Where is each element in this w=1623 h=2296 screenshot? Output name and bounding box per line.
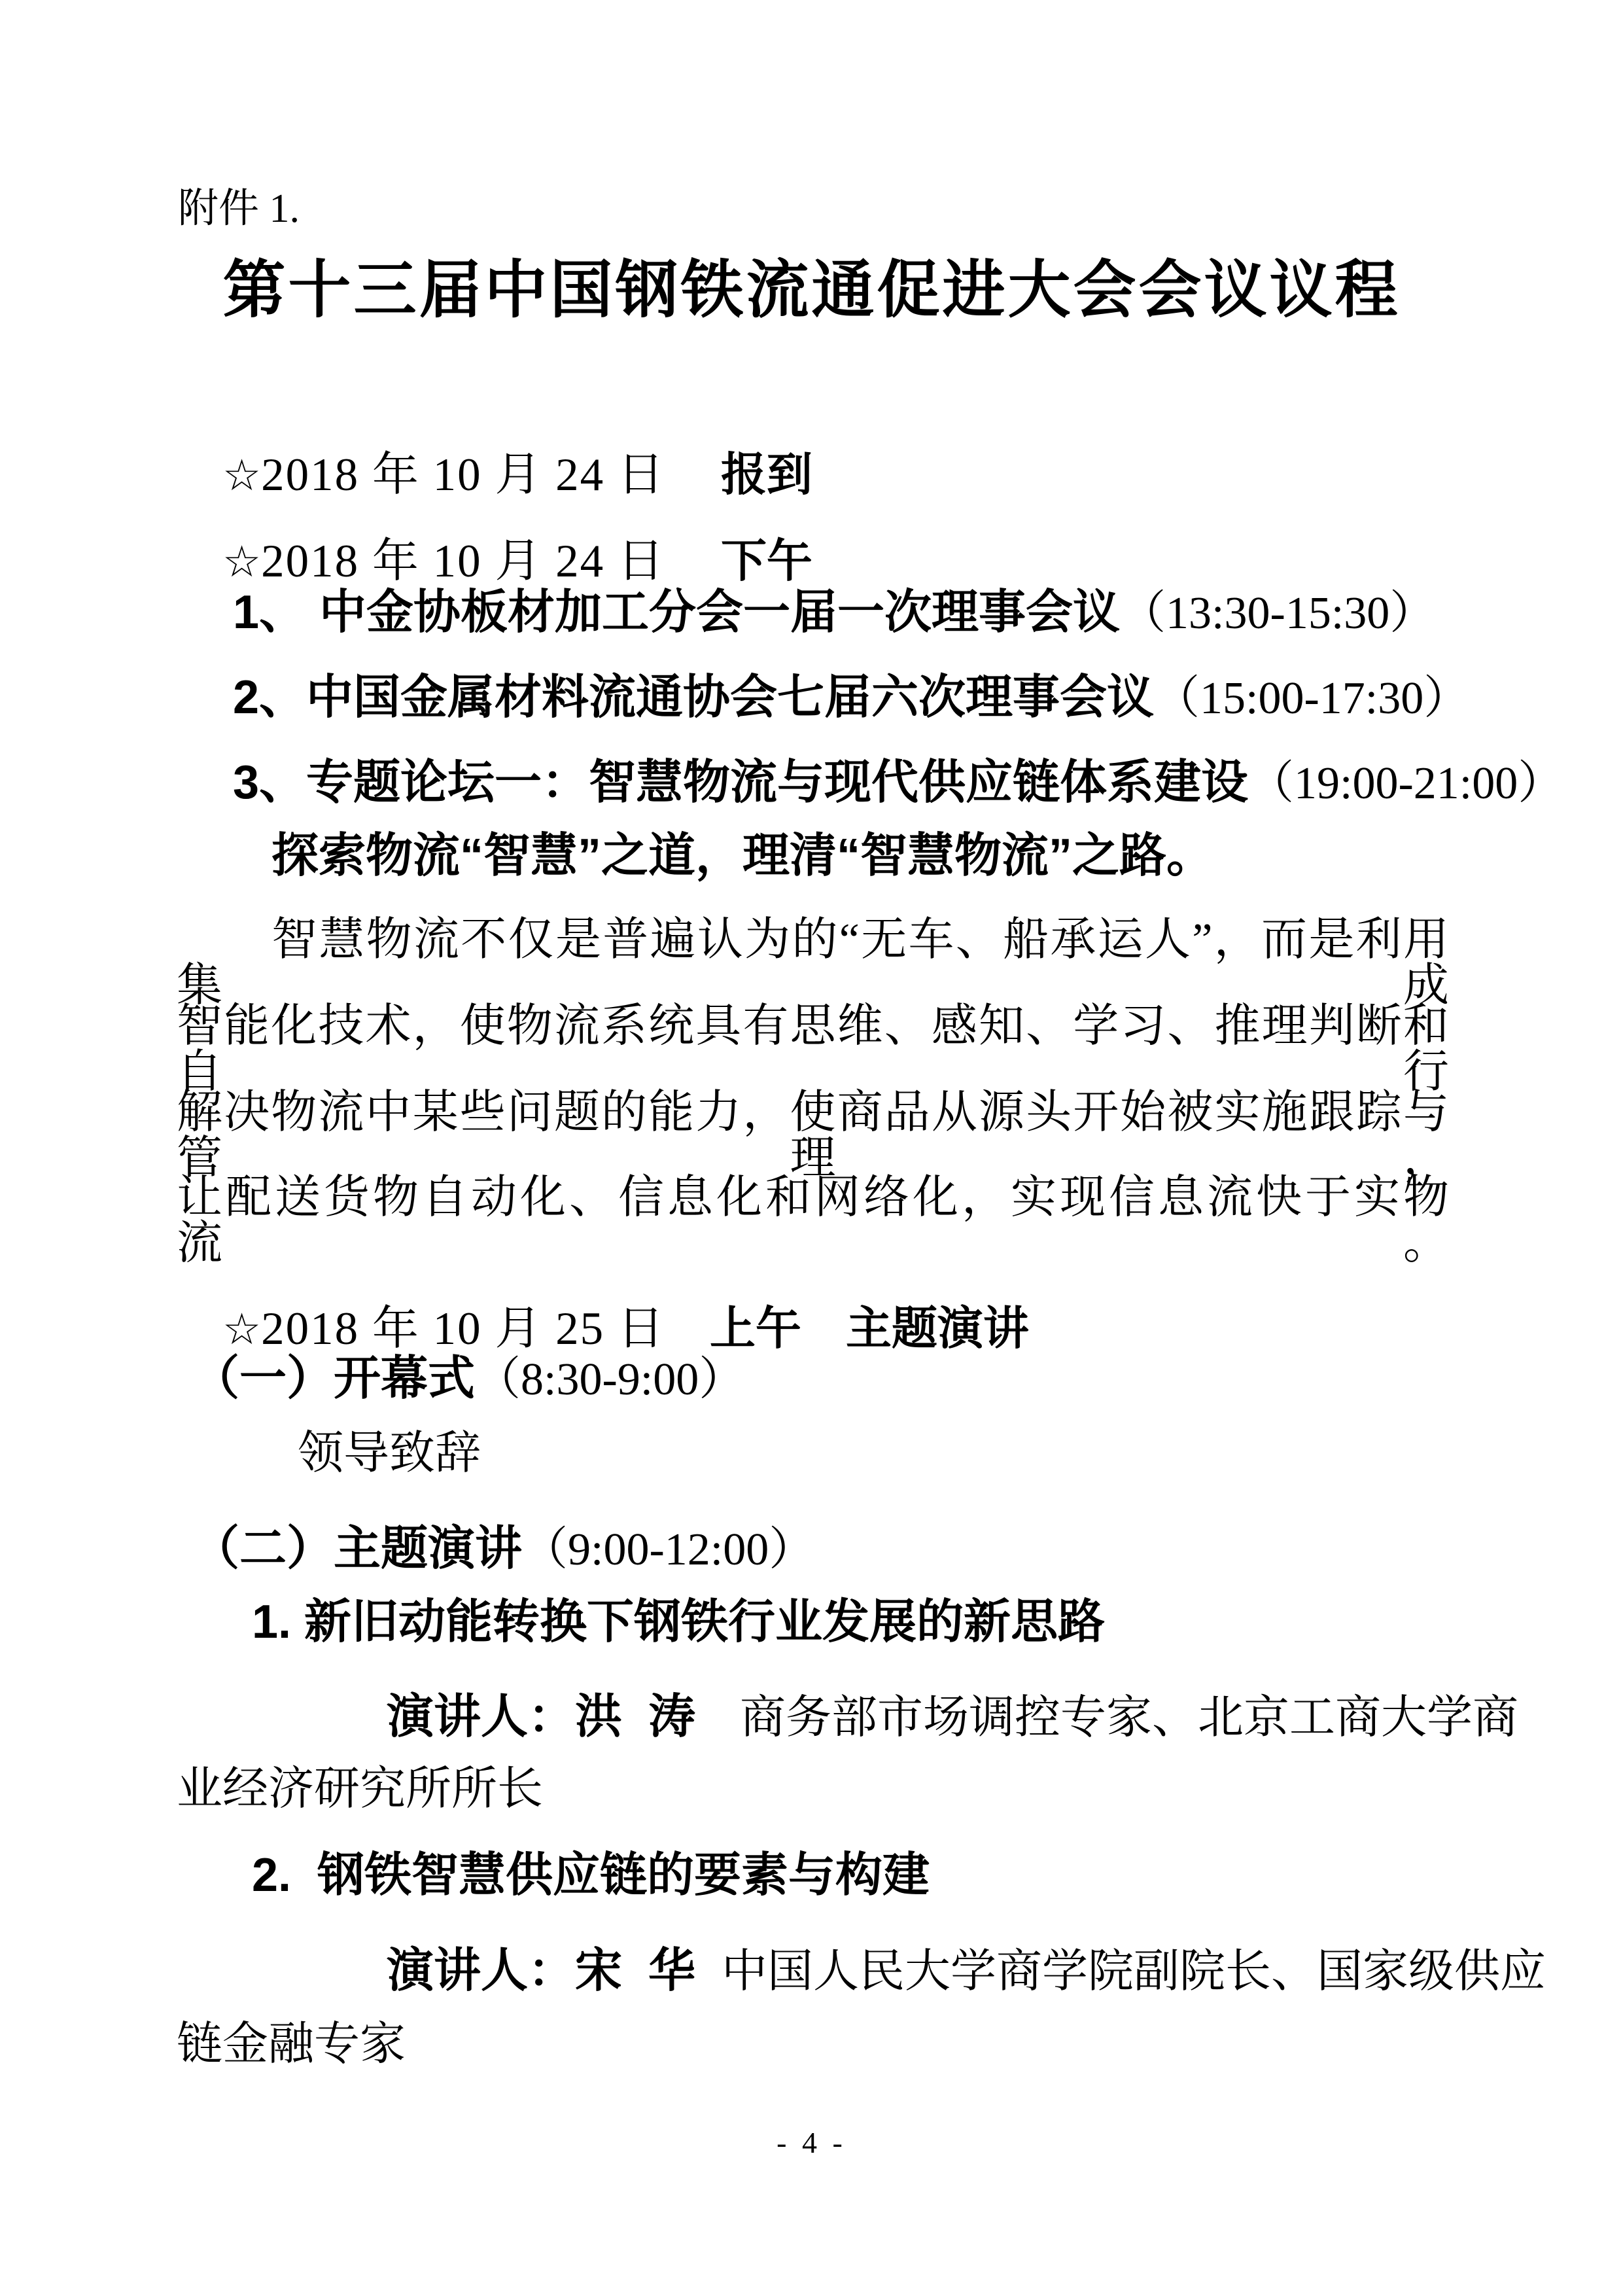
talk2-speaker-line: 演讲人：宋 华中国人民大学商学院副院长、国家级供应 bbox=[376, 1937, 1546, 2005]
speaker-label: 演讲人：洪 涛 bbox=[387, 1691, 695, 1743]
agenda-item-time: （15:00-17:30） bbox=[1154, 673, 1469, 724]
speaker-label: 演讲人：宋 华 bbox=[387, 1945, 695, 1997]
talk1-speaker-line2: 业经济研究所所长 bbox=[177, 1767, 543, 1812]
section-title: （二）主题演讲 bbox=[192, 1523, 522, 1575]
agenda-item-time: （19:00-21:00） bbox=[1248, 758, 1563, 809]
agenda-item-title: 2、中国金属材料流通协会七届六次理事会议 bbox=[233, 671, 1154, 724]
talk2-speaker-line2: 链金融专家 bbox=[177, 2022, 406, 2068]
intro-paragraph-line: 智慧物流不仅是普遍认为的“无车、船承运人”，而是利用集成 bbox=[177, 917, 1449, 1009]
agenda-item-title: 1、 中金协板材加工分会一届一次理事会议 bbox=[233, 586, 1120, 639]
agenda-item-1: 1、 中金协板材加工分会一届一次理事会议（13:30-15:30） bbox=[222, 578, 1435, 647]
document-page: 附件 1. 第十三届中国钢铁流通促进大会会议议程 ☆2018 年 10 月 24… bbox=[0, 0, 1623, 2296]
section-time: （8:30-9:00） bbox=[475, 1354, 744, 1405]
keynote-session-heading: （二）主题演讲（9:00-12:00） bbox=[182, 1515, 814, 1583]
agenda-item-time: （13:30-15:30） bbox=[1120, 588, 1435, 639]
speaker-description: 商务部市场调控专家、北京工商大学商 bbox=[740, 1693, 1518, 1743]
talk1-title: 1. 新旧动能转换下钢铁行业发展的新思路 bbox=[252, 1598, 1105, 1646]
agenda-label: 主题演讲 bbox=[846, 1303, 1029, 1354]
attachment-label: 附件 1. bbox=[178, 188, 300, 229]
section-time: （9:00-12:00） bbox=[522, 1525, 814, 1575]
page-number: - 4 - bbox=[0, 2128, 1623, 2158]
talk1-speaker-line: 演讲人：洪 涛商务部市场调控专家、北京工商大学商 bbox=[376, 1683, 1518, 1752]
doc-title: 第十三届中国钢铁流通促进大会会议议程 bbox=[0, 259, 1623, 322]
opening-ceremony-heading: （一）开幕式（8:30-9:00） bbox=[182, 1345, 744, 1413]
intro-paragraph-line: 让配送货物自动化、信息化和网络化，实现信息流快于实物流。 bbox=[177, 1175, 1449, 1267]
talk2-title: 2. 钢铁智慧供应链的要素与构建 bbox=[252, 1852, 930, 1899]
agenda-item-title: 3、专题论坛一：智慧物流与现代供应链体系建设 bbox=[233, 756, 1248, 809]
opening-content: 领导致辞 bbox=[298, 1431, 481, 1477]
intro-paragraph-line: 解决物流中某些问题的能力，使商品从源头开始被实施跟踪与管理， bbox=[177, 1090, 1449, 1182]
agenda-item-3: 3、专题论坛一：智慧物流与现代供应链体系建设（19:00-21:00） bbox=[222, 749, 1563, 817]
agenda-item-3-subtitle: 探索物流“智慧”之道，理清“智慧物流”之路。 bbox=[271, 832, 1213, 879]
agenda-item-2: 2、中国金属材料流通协会七届六次理事会议（15:00-17:30） bbox=[222, 663, 1469, 732]
intro-paragraph-line: 智能化技术，使物流系统具有思维、感知、学习、推理判断和自行 bbox=[177, 1004, 1449, 1095]
section-title: （一）开幕式 bbox=[192, 1352, 475, 1405]
speaker-description: 中国人民大学商学院副院长、国家级供应 bbox=[722, 1947, 1546, 1997]
